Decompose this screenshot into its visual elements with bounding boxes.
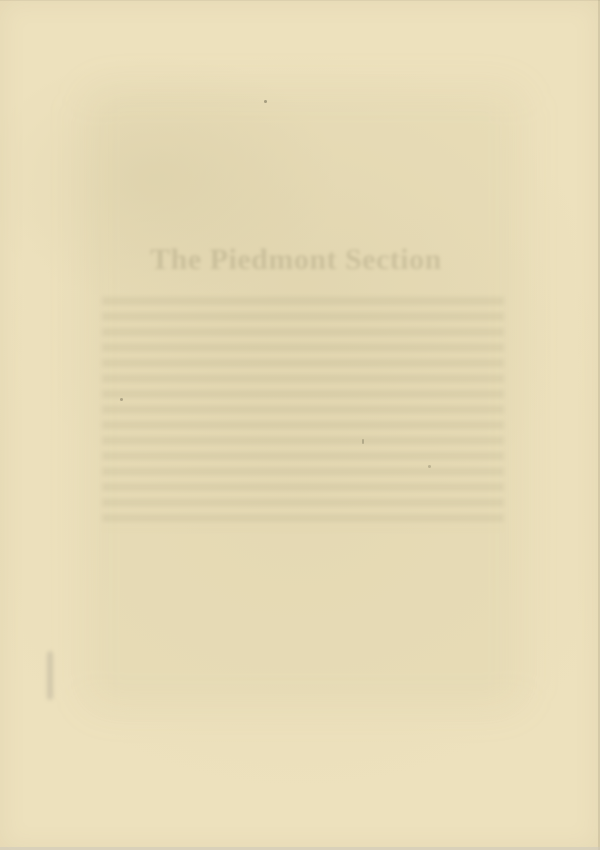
ghost-heading: The Piedmont Section xyxy=(0,243,592,277)
ink-speck xyxy=(428,465,431,468)
ink-speck xyxy=(264,100,267,103)
top-scan-edge xyxy=(0,0,600,1)
scanned-page: The Piedmont Section xyxy=(0,0,600,850)
ghost-paragraph-lines xyxy=(102,297,504,530)
ink-speck xyxy=(120,398,123,401)
ink-speck xyxy=(362,439,364,444)
pencil-smudge xyxy=(47,651,53,700)
